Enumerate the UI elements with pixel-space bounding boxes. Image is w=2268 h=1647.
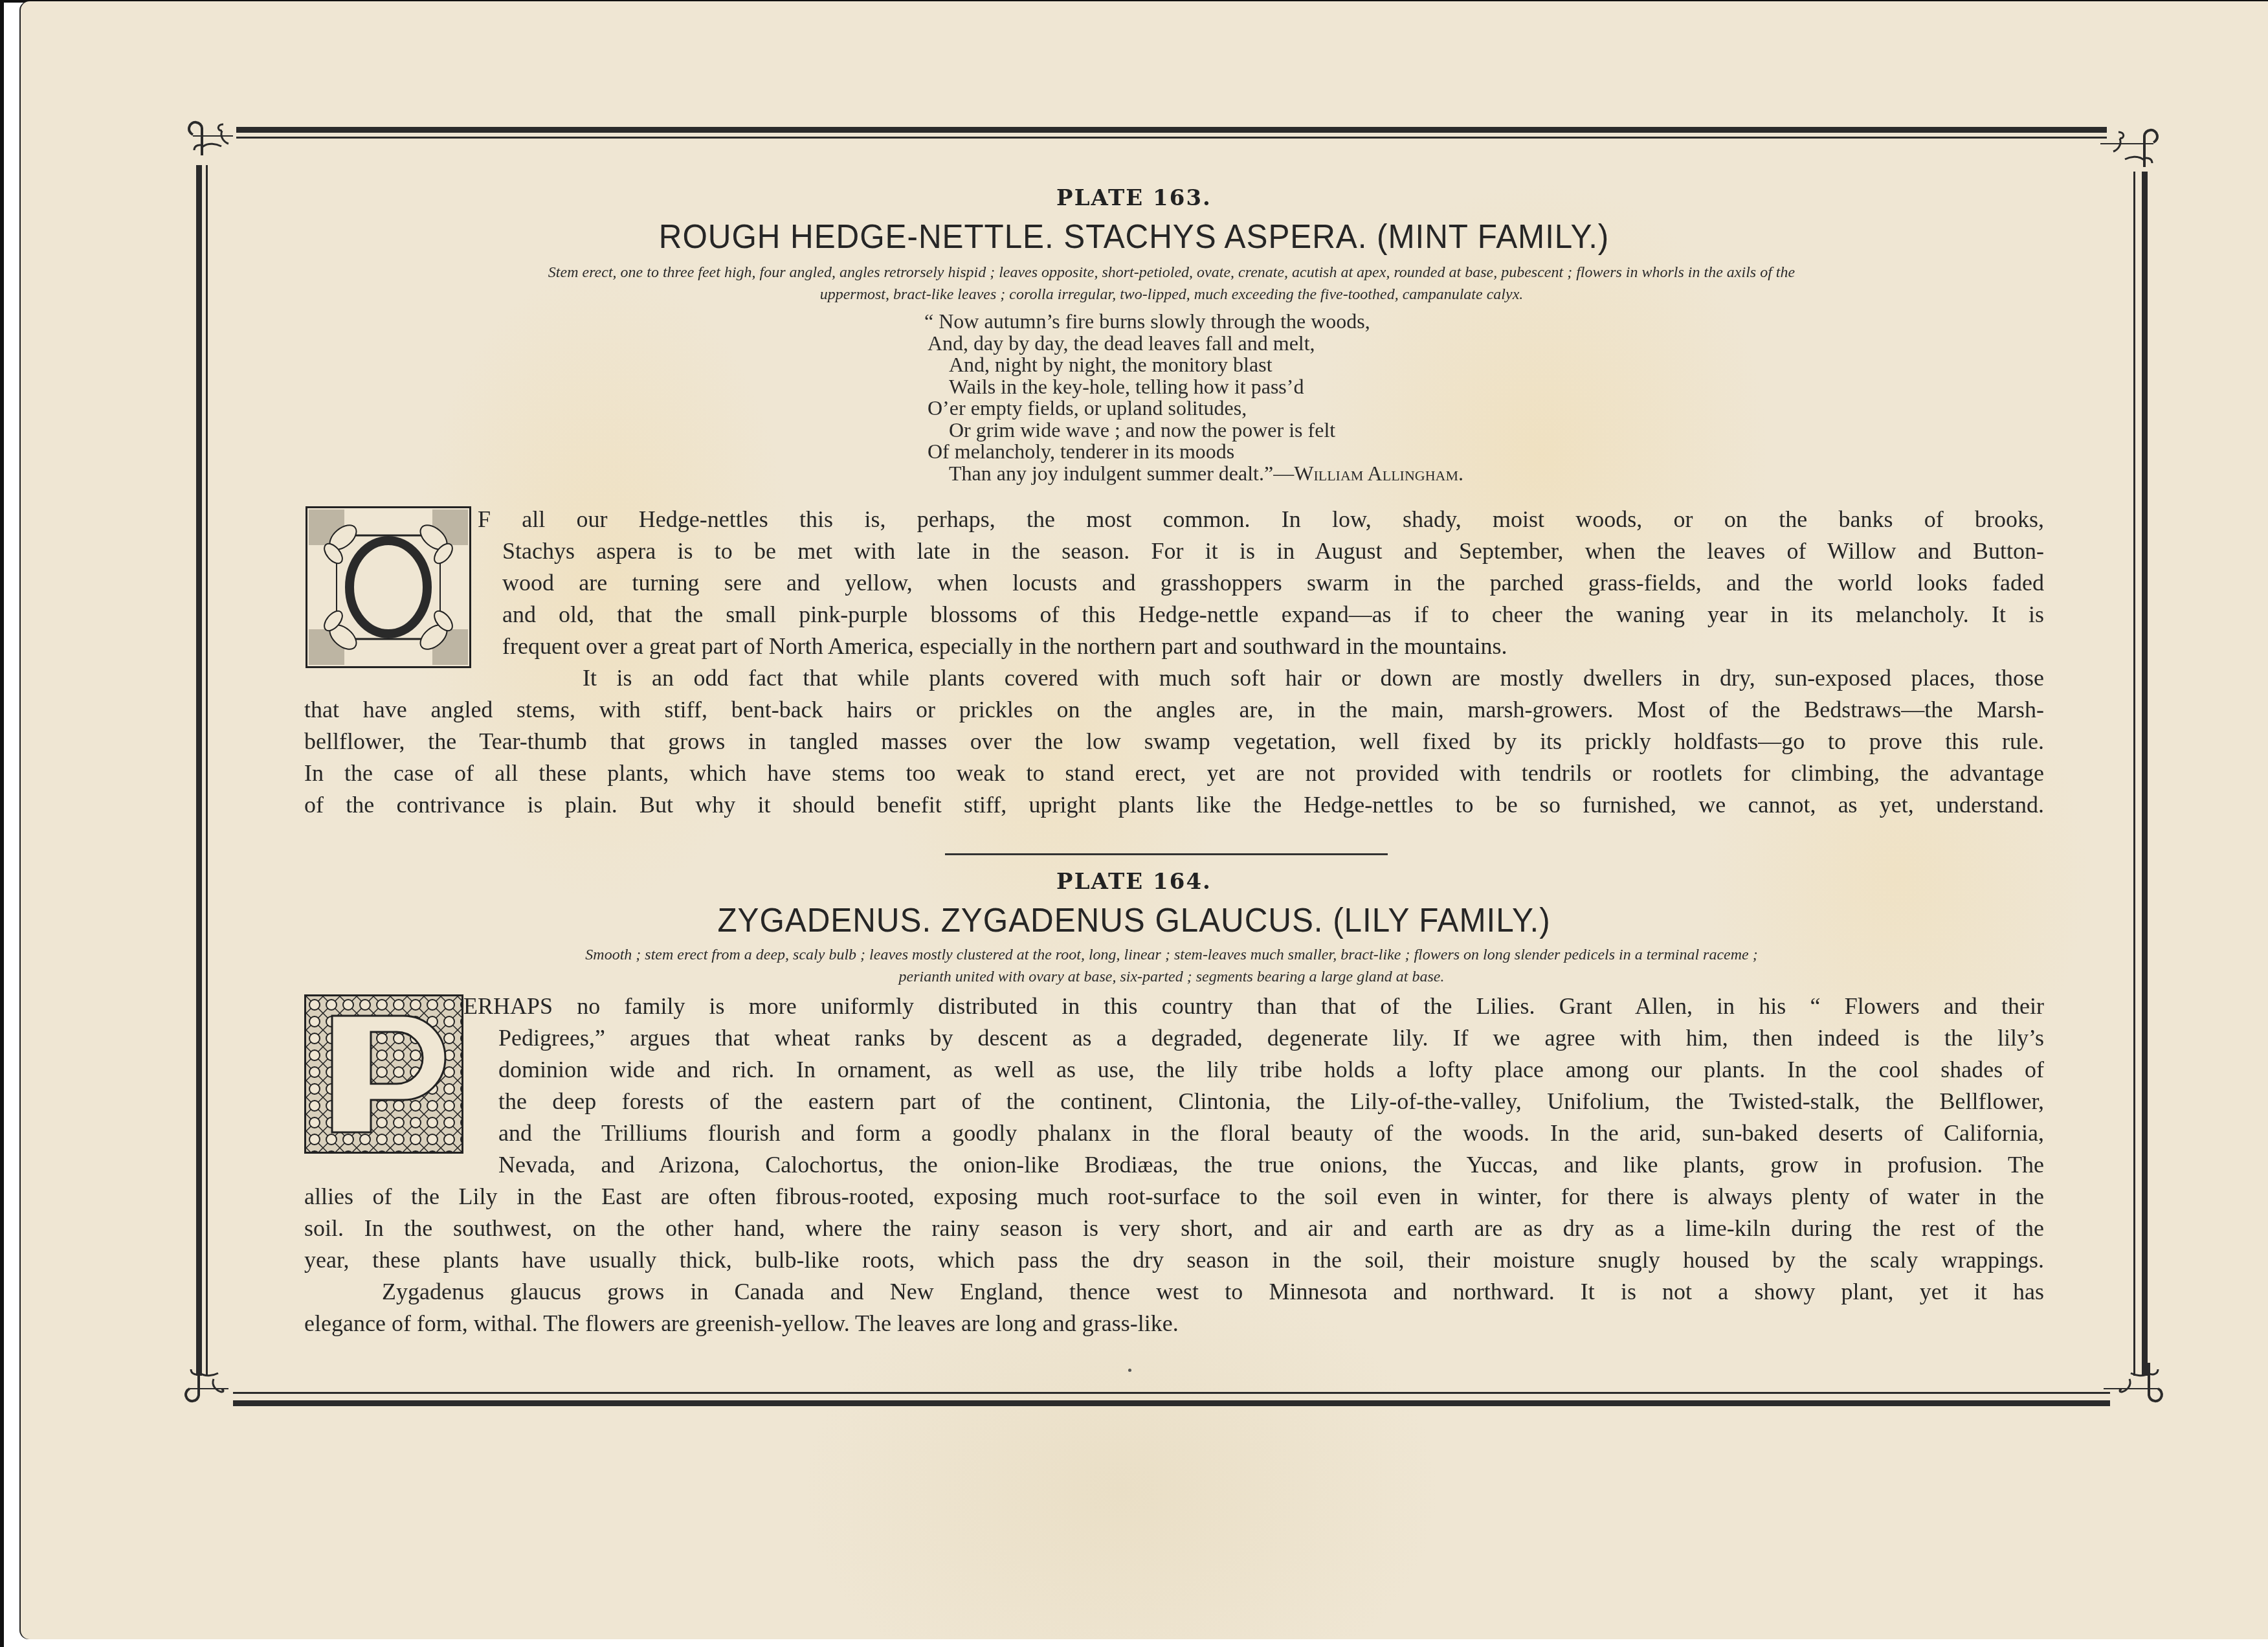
plate-164-title: ZYGADENUS. ZYGADENUS GLAUCUS. (LILY FAMI… — [57, 901, 2212, 940]
poem-line: Wails in the key-hole, telling how it pa… — [924, 376, 1463, 398]
text-line: bellflower, the Tear-thumb that grows in… — [304, 726, 2044, 757]
description-line: perianth united with ovary at base, six-… — [388, 966, 1955, 988]
text-line: and old, that the small pink-purple blos… — [502, 599, 2044, 631]
text-line: It is an odd fact that while plants cove… — [304, 662, 2044, 694]
plate-163-title: ROUGH HEDGE-NETTLE. STACHYS ASPERA. (MIN… — [57, 218, 2212, 256]
drop-cap-o — [306, 506, 471, 668]
plate-163-paragraph-2: It is an odd fact that while plants cove… — [304, 662, 2044, 821]
text-line: Nevada, and Arizona, Calochortus, the on… — [498, 1149, 2044, 1181]
text-line: In the case of all these plants, which h… — [304, 757, 2044, 789]
text-line: Pedigrees,” argues that wheat ranks by d… — [498, 1022, 2044, 1054]
text-line: Zygadenus glaucus grows in Canada and Ne… — [304, 1276, 2044, 1308]
poem-line: “ Now autumn’s fire burns slowly through… — [924, 311, 1463, 333]
section-divider — [945, 853, 1388, 855]
text-line: Stachys aspera is to be met with late in… — [502, 535, 2044, 567]
plate-163-label: PLATE 163. — [0, 185, 2268, 211]
text-line: soil. In the southwest, on the other han… — [304, 1213, 2044, 1244]
plate-164-paragraph-1-cont: allies of the Lily in the East are often… — [304, 1181, 2044, 1339]
corner-flourish-bottom-left-icon — [184, 1350, 249, 1415]
floral-initial-p-icon — [306, 996, 461, 1152]
plate-164-description: Smooth ; stem erect from a deep, scaly b… — [388, 944, 1955, 988]
text-line: of the contrivance is plain. But why it … — [304, 789, 2044, 821]
description-line: uppermost, bract-like leaves ; corolla i… — [350, 284, 1994, 306]
poem-quote: “ Now autumn’s fire burns slowly through… — [924, 311, 1463, 484]
plate-164-label: PLATE 164. — [0, 869, 2268, 895]
text-line: frequent over a great part of North Amer… — [502, 631, 2044, 662]
text-line: and the Trilliums flourish and form a go… — [498, 1117, 2044, 1149]
text-line: that have angled stems, with stiff, bent… — [304, 694, 2044, 726]
poem-line: Than any joy indulgent summer dealt.”— — [949, 462, 1294, 485]
description-line: Stem erect, one to three feet high, four… — [350, 262, 1994, 284]
text-line: the deep forests of the eastern part of … — [498, 1086, 2044, 1117]
corner-flourish-bottom-right-icon — [2104, 1350, 2168, 1415]
plate-163-paragraph-1: F all our Hedge-nettles this is, perhaps… — [478, 504, 2044, 535]
scan-edge-left — [0, 0, 4, 1647]
plate-164-paragraph-1-indented: Pedigrees,” argues that wheat ranks by d… — [498, 1022, 2044, 1181]
plate-163-paragraph-1-cont: Stachys aspera is to be met with late in… — [502, 535, 2044, 662]
ink-speck — [1128, 1369, 1131, 1372]
corner-flourish-top-left-icon — [188, 117, 252, 181]
text-line: allies of the Lily in the East are often… — [304, 1181, 2044, 1213]
poem-line: And, night by night, the monitory blast — [924, 354, 1463, 376]
text-line: dominion wide and rich. In ornament, as … — [498, 1054, 2044, 1086]
text-line: elegance of form, withal. The flowers ar… — [304, 1308, 2044, 1339]
corner-flourish-top-right-icon — [2100, 127, 2165, 192]
poem-line: And, day by day, the dead leaves fall an… — [924, 333, 1463, 355]
text-line: year, these plants have usually thick, b… — [304, 1244, 2044, 1276]
poem-line: Of melancholy, tenderer in its moods — [924, 441, 1463, 463]
text-line: ERHAPS no family is more uniformly distr… — [463, 991, 2044, 1022]
poem-line: Or grim wide wave ; and now the power is… — [924, 420, 1463, 442]
plate-163-description: Stem erect, one to three feet high, four… — [350, 262, 1994, 306]
floral-initial-o-icon — [307, 508, 469, 666]
drop-cap-p — [304, 994, 463, 1154]
plate-164-paragraph-1: ERHAPS no family is more uniformly distr… — [463, 991, 2044, 1022]
poem-attribution: William Allingham. — [1294, 462, 1463, 485]
text-line: F all our Hedge-nettles this is, perhaps… — [478, 504, 2044, 535]
description-line: Smooth ; stem erect from a deep, scaly b… — [388, 944, 1955, 966]
text-line: wood are turning sere and yellow, when l… — [502, 567, 2044, 599]
poem-line: O’er empty fields, or upland solitudes, — [924, 398, 1463, 420]
